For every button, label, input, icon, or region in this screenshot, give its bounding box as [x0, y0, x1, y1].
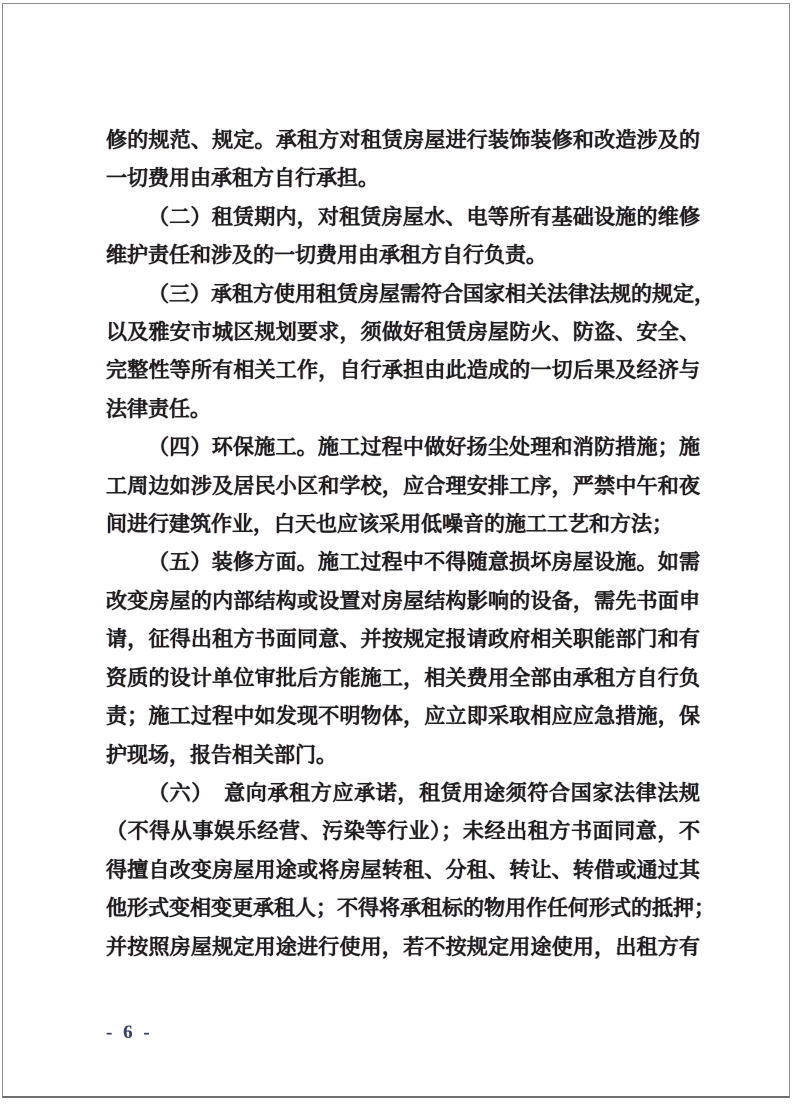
clause-2: （二）租赁期内，对租赁房屋水、电等所有基础设施的维修维护责任和涉及的一切费用由承… — [106, 198, 700, 275]
document-line: 以及雅安市城区规划要求，须做好租赁房屋防火、防盗、安全、 — [106, 313, 700, 351]
document-line: 维护责任和涉及的一切费用由承租方自行负责。 — [106, 236, 700, 274]
document-line: 请，征得出租方书面同意、并按规定报请政府相关职能部门和有 — [106, 620, 700, 658]
document-line: 得擅自改变房屋用途或将房屋转租、分租、转让、转借或通过其 — [106, 851, 700, 889]
clause-5: （五）装修方面。施工过程中不得随意损坏房屋设施。如需改变房屋的内部结构或设置对房… — [106, 543, 700, 773]
document-page: { "colors": { "ink": "#1e1e1e", "border"… — [0, 0, 800, 1109]
clause-3: （三）承租方使用租赁房屋需符合国家相关法律法规的规定，以及雅安市城区规划要求，须… — [106, 275, 700, 429]
document-line: （三）承租方使用租赁房屋需符合国家相关法律法规的规定， — [106, 275, 700, 313]
document-line: 他形式变相变更承租人；不得将承租标的物用作任何形式的抵押； — [106, 889, 700, 927]
document-line: 完整性等所有相关工作，自行承担由此造成的一切后果及经济与 — [106, 351, 700, 389]
document-line: （二）租赁期内，对租赁房屋水、电等所有基础设施的维修 — [106, 198, 700, 236]
page-number: - 6 - — [106, 1022, 153, 1044]
document-line: 间进行建筑作业，白天也应该采用低噪音的施工工艺和方法； — [106, 505, 700, 543]
document-line: 改变房屋的内部结构或设置对房屋结构影响的设备，需先书面申 — [106, 582, 700, 620]
document-line: 并按照房屋规定用途进行使用，若不按规定用途使用，出租方有 — [106, 928, 700, 966]
document-line: 工周边如涉及居民小区和学校，应合理安排工序，严禁中午和夜 — [106, 467, 700, 505]
document-line: 一切费用由承租方自行承担。 — [106, 159, 700, 197]
document-line: 护现场，报告相关部门。 — [106, 736, 700, 774]
document-line: （不得从事娱乐经营、污染等行业）；未经出租方书面同意，不 — [106, 812, 700, 850]
document-body: 修的规范、规定。承租方对租赁房屋进行装饰装修和改造涉及的一切费用由承租方自行承担… — [106, 121, 700, 966]
document-line: （五）装修方面。施工过程中不得随意损坏房屋设施。如需 — [106, 543, 700, 581]
clause-6: （六） 意向承租方应承诺，租赁用途须符合国家法律法规（不得从事娱乐经营、污染等行… — [106, 774, 700, 966]
clause-4: （四）环保施工。施工过程中做好扬尘处理和消防措施；施工周边如涉及居民小区和学校，… — [106, 428, 700, 543]
document-line: （六） 意向承租方应承诺，租赁用途须符合国家法律法规 — [106, 774, 700, 812]
document-line: 修的规范、规定。承租方对租赁房屋进行装饰装修和改造涉及的 — [106, 121, 700, 159]
document-line: 法律责任。 — [106, 390, 700, 428]
document-line: （四）环保施工。施工过程中做好扬尘处理和消防措施；施 — [106, 428, 700, 466]
document-line: 资质的设计单位审批后方能施工，相关费用全部由承租方自行负 — [106, 659, 700, 697]
document-line: 责；施工过程中如发现不明物体，应立即采取相应应急措施，保 — [106, 697, 700, 735]
clause-1-continuation: 修的规范、规定。承租方对租赁房屋进行装饰装修和改造涉及的一切费用由承租方自行承担… — [106, 121, 700, 198]
